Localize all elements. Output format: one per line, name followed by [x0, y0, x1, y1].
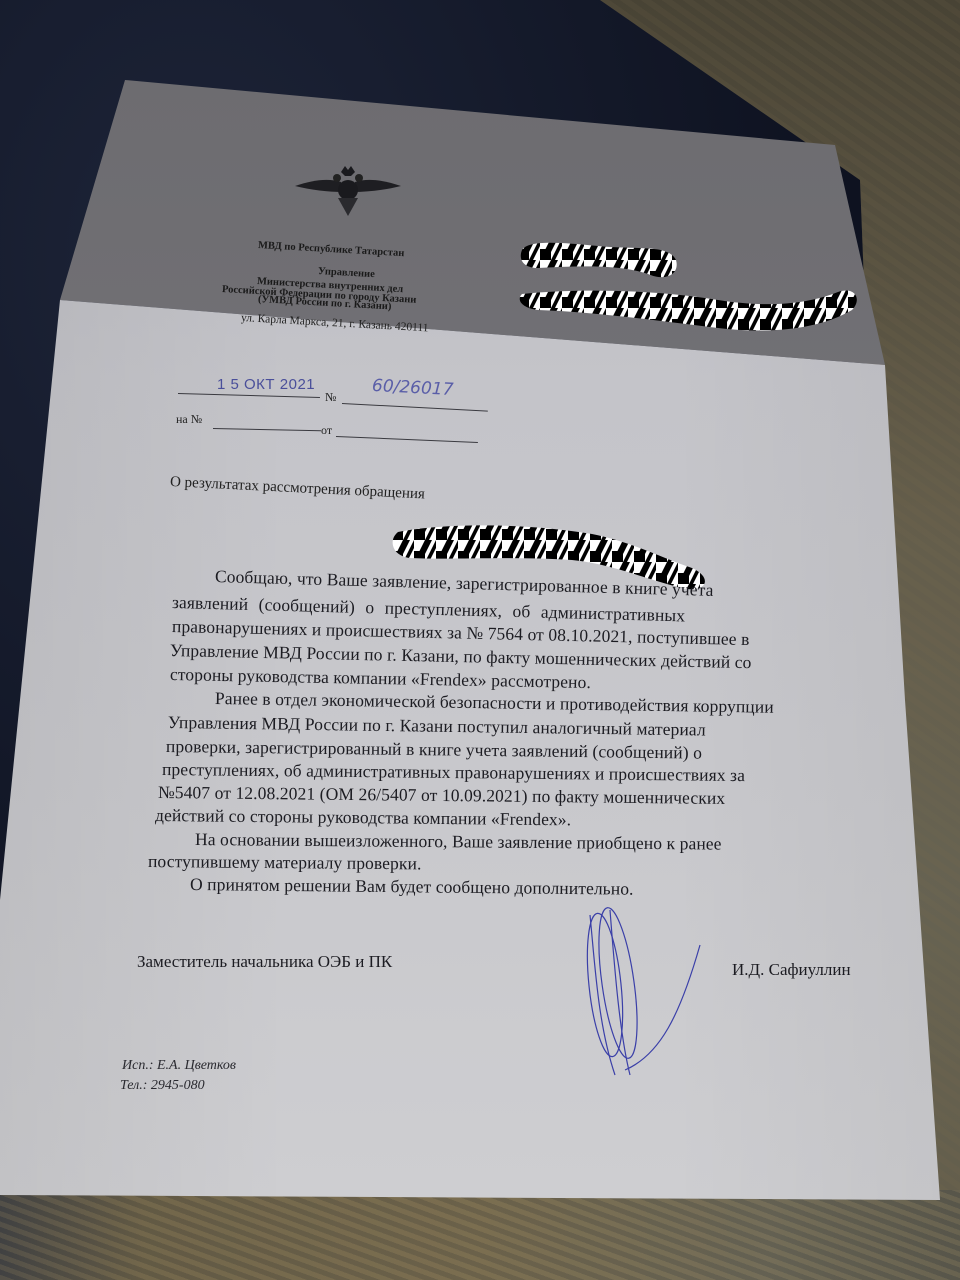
- executor-phone: Тел.: 2945-080: [120, 1078, 205, 1094]
- background-fabric-bottom: [0, 1190, 960, 1280]
- body-p3-line2: поступившему материалу проверки.: [148, 851, 422, 874]
- number-label: №: [325, 390, 336, 405]
- executor-name: Исп.: Е.А. Цветков: [122, 1058, 236, 1074]
- signatory-name: И.Д. Сафиуллин: [732, 960, 851, 980]
- handwritten-signature: [580, 905, 720, 1085]
- mvd-eagle-emblem-icon: [293, 162, 403, 222]
- registration-number-handwritten: 60/26017: [372, 376, 454, 400]
- ref-number-label: на №: [176, 412, 202, 427]
- registration-date-stamp: 1 5 ОКТ 2021: [217, 376, 315, 393]
- body-p2-line6: действий со стороны руководства компании…: [155, 805, 571, 830]
- redaction-houndstooth-1: [518, 238, 680, 284]
- ref-from-label: от: [321, 423, 332, 438]
- redaction-houndstooth-2: [518, 286, 860, 334]
- signatory-position: Заместитель начальника ОЭБ и ПК: [137, 952, 392, 972]
